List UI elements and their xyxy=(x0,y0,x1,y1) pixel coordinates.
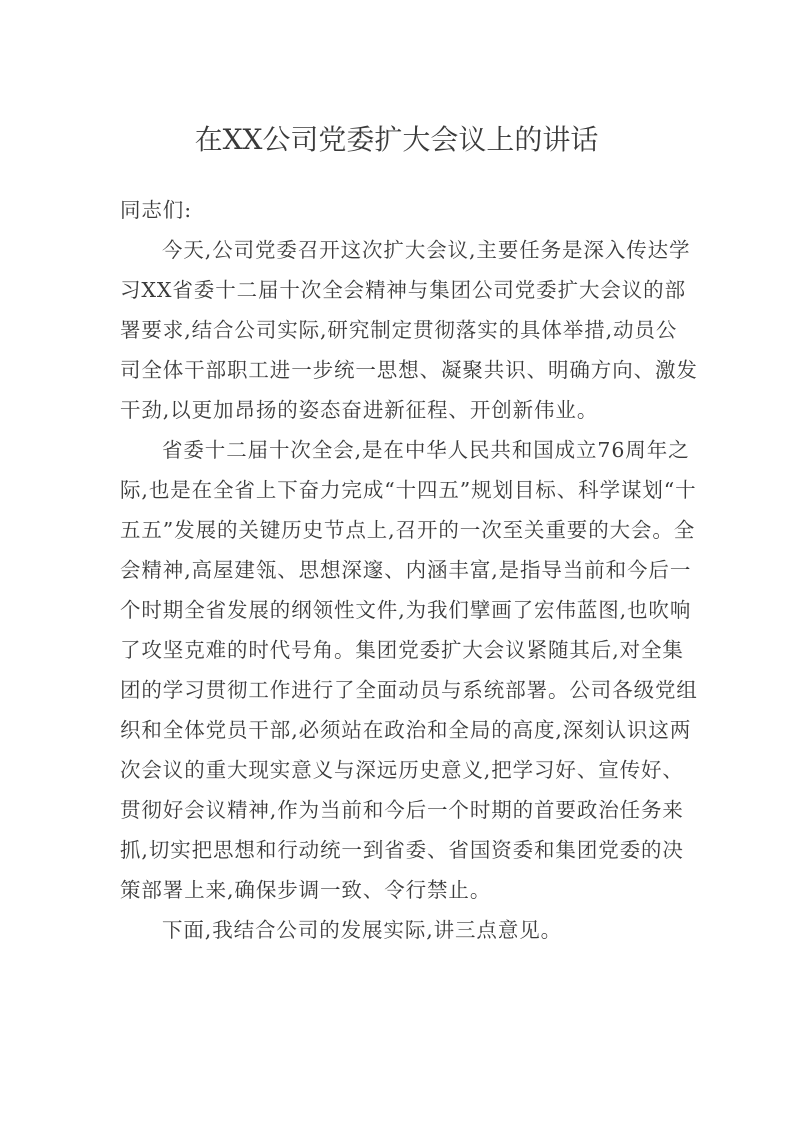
paragraph-line: 团的学习贯彻工作进行了全面动员与系统部署。公司各级党组 xyxy=(120,670,676,710)
salutation: 同志们: xyxy=(120,190,676,230)
paragraph-line: 际,也是在全省上下奋力完成“十四五”规划目标、科学谋划“十 xyxy=(120,470,676,510)
paragraph-line: 织和全体党员干部,必须站在政治和全局的高度,深刻认识这两 xyxy=(120,710,676,750)
paragraph-line: 司全体干部职工进一步统一思想、凝聚共识、明确方向、激发 xyxy=(120,350,676,390)
paragraph-1: 今天,公司党委召开这次扩大会议,主要任务是深入传达学 习XX省委十二届十次全会精… xyxy=(120,230,676,430)
paragraph-line: 干劲,以更加昂扬的姿态奋进新征程、开创新伟业。 xyxy=(120,390,676,430)
paragraph-line: 省委十二届十次全会,是在中华人民共和国成立76周年之 xyxy=(120,430,676,470)
document-title: 在XX公司党委扩大会议上的讲话 xyxy=(0,120,793,160)
document-body: 同志们: 今天,公司党委召开这次扩大会议,主要任务是深入传达学 习XX省委十二届… xyxy=(120,190,676,950)
paragraph-line: 会精神,高屋建瓴、思想深邃、内涵丰富,是指导当前和今后一 xyxy=(120,550,676,590)
paragraph-3: 下面,我结合公司的发展实际,讲三点意见。 xyxy=(120,910,676,950)
paragraph-line: 下面,我结合公司的发展实际,讲三点意见。 xyxy=(120,910,676,950)
paragraph-2: 省委十二届十次全会,是在中华人民共和国成立76周年之 际,也是在全省上下奋力完成… xyxy=(120,430,676,910)
paragraph-line: 贯彻好会议精神,作为当前和今后一个时期的首要政治任务来 xyxy=(120,790,676,830)
document-page: 在XX公司党委扩大会议上的讲话 同志们: 今天,公司党委召开这次扩大会议,主要任… xyxy=(0,0,793,1122)
paragraph-line: 个时期全省发展的纲领性文件,为我们擘画了宏伟蓝图,也吹响 xyxy=(120,590,676,630)
paragraph-line: 今天,公司党委召开这次扩大会议,主要任务是深入传达学 xyxy=(120,230,676,270)
paragraph-line: 五五”发展的关键历史节点上,召开的一次至关重要的大会。全 xyxy=(120,510,676,550)
paragraph-line: 了攻坚克难的时代号角。集团党委扩大会议紧随其后,对全集 xyxy=(120,630,676,670)
paragraph-line: 策部署上来,确保步调一致、令行禁止。 xyxy=(120,870,676,910)
paragraph-line: 抓,切实把思想和行动统一到省委、省国资委和集团党委的决 xyxy=(120,830,676,870)
paragraph-line: 署要求,结合公司实际,研究制定贯彻落实的具体举措,动员公 xyxy=(120,310,676,350)
paragraph-line: 习XX省委十二届十次全会精神与集团公司党委扩大会议的部 xyxy=(120,270,676,310)
paragraph-line: 次会议的重大现实意义与深远历史意义,把学习好、宣传好、 xyxy=(120,750,676,790)
